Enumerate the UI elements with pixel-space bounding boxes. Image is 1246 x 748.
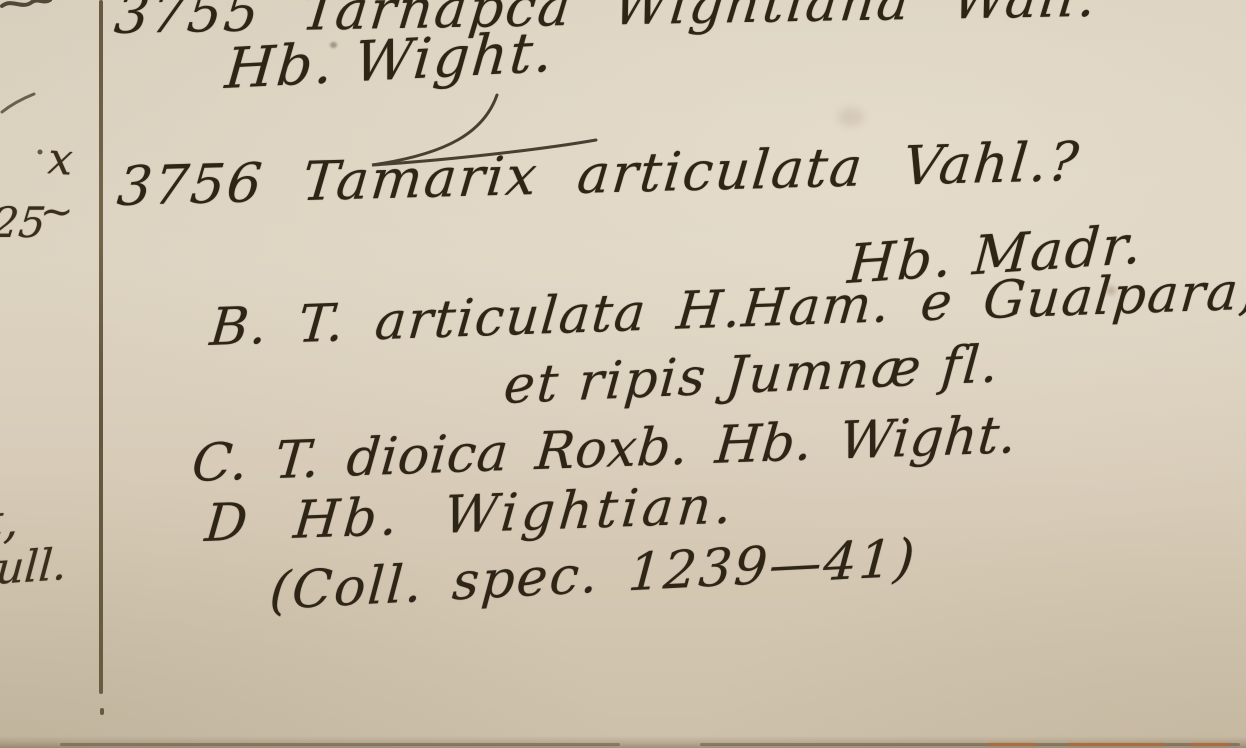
cut-stroke-fragment [2, 94, 34, 112]
paper-speck [1106, 286, 1116, 295]
paper-stain [838, 108, 864, 126]
ledger-page-photo: 3755 Tarnapca Wightiana Wall. Hb. Wight.… [0, 0, 1246, 748]
cut-word-fragment-2: iull. [0, 543, 68, 593]
entry-3756-item-b: B. T. articulata H.Ham. e Gualpara, [208, 266, 1246, 354]
orange-edge-line [1068, 743, 1164, 746]
tilde-stroke: ~ [40, 192, 74, 232]
cut-flourish-top-left [2, 0, 50, 6]
cut-word-fragment-1: t, [0, 496, 20, 547]
page-bottom-edge [0, 736, 1246, 748]
ink-dot [38, 150, 43, 155]
orange-edge-line [988, 743, 1036, 746]
entry-3756-item-c: C. T. dioica Roxb. Hb. Wight. [190, 409, 1019, 490]
paper-speck [330, 42, 337, 48]
entry-3756-item-b-2: et ripis Jumnæ fl. [502, 339, 1002, 412]
column-rule-ink-dot [100, 708, 104, 715]
column-rule-line [99, 0, 103, 694]
x-check-mark: x [46, 137, 74, 183]
page-edge-shadow [60, 743, 620, 746]
entry-3755-herbarium: Hb. Wight. [223, 25, 557, 98]
entry-3756-title: 3756 Tamarix articulata Vahl.? [115, 135, 1083, 214]
orange-edge-line [1190, 743, 1230, 746]
